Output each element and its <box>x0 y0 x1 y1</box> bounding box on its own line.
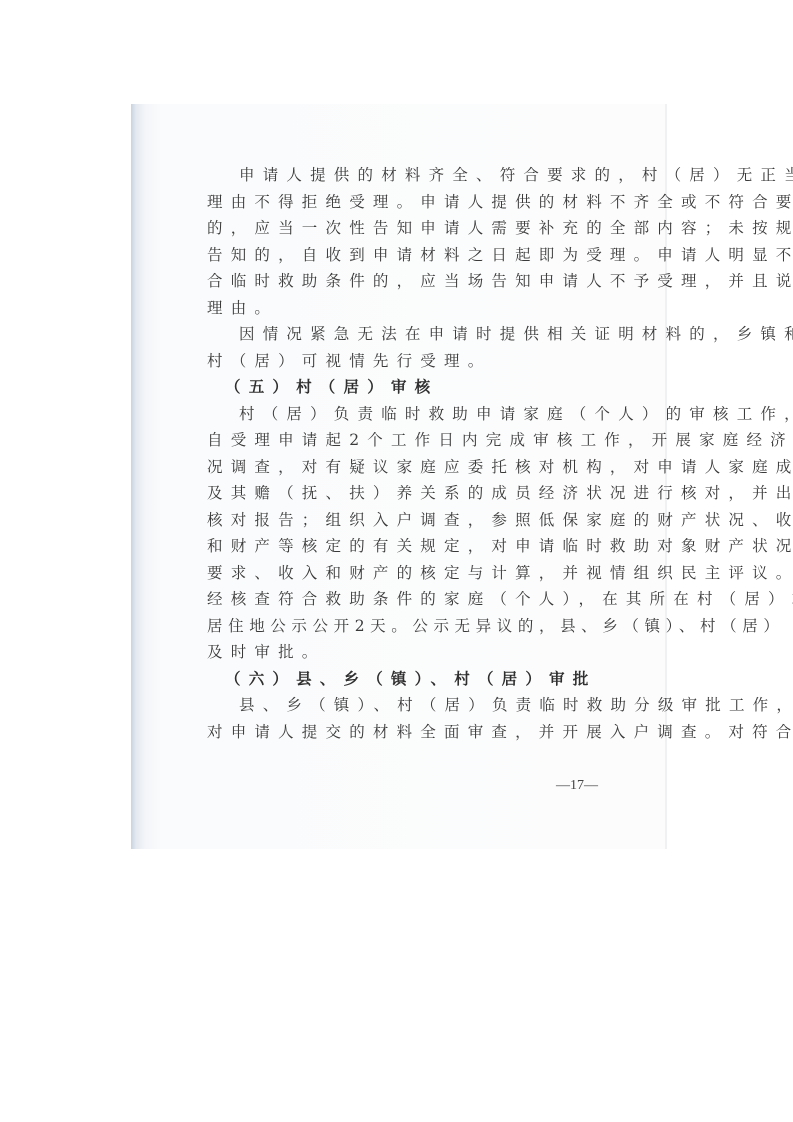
paragraph-line: 要求、收入和财产的核定与计算，并视情组织民主评议。对 <box>207 560 599 587</box>
paragraph-line: 及其赡（抚、扶）养关系的成员经济状况进行核对，并出具 <box>207 480 599 507</box>
paragraph-line: 自受理申请起2个工作日内完成审核工作，开展家庭经济状 <box>207 427 599 454</box>
paragraph-line: 申请人提供的材料齐全、符合要求的，村（居）无正当 <box>207 162 599 189</box>
section-heading-6: （六）县、乡（镇）、村（居）审批 <box>207 666 599 693</box>
paragraph-line: 理由。 <box>207 295 599 322</box>
document-body: 申请人提供的材料齐全、符合要求的，村（居）无正当 理由不得拒绝受理。申请人提供的… <box>207 162 599 745</box>
paragraph-line: 合临时救助条件的，应当场告知申请人不予受理，并且说明 <box>207 268 599 295</box>
paragraph-line: 居住地公示公开2天。公示无异议的，县、乡（镇）、村（居） <box>207 613 599 640</box>
paragraph-line: 因情况紧急无法在申请时提供相关证明材料的，乡镇和 <box>207 321 599 348</box>
section-heading-5: （五）村（居）审核 <box>207 374 599 401</box>
paragraph-line: 况调查，对有疑议家庭应委托核对机构，对申请人家庭成员 <box>207 454 599 481</box>
page-number: —17— <box>556 778 598 794</box>
paragraph-line: 理由不得拒绝受理。申请人提供的材料不齐全或不符合要求 <box>207 189 599 216</box>
paragraph-line: 村（居）负责临时救助申请家庭（个人）的审核工作， <box>207 401 599 428</box>
paragraph-line: 经核查符合救助条件的家庭（个人），在其所在村（居）或 <box>207 586 599 613</box>
paragraph-line: 对申请人提交的材料全面审查，并开展入户调查。对符合规 <box>207 719 599 746</box>
paragraph-line: 和财产等核定的有关规定，对申请临时救助对象财产状况的 <box>207 533 599 560</box>
paragraph-line: 村（居）可视情先行受理。 <box>207 348 599 375</box>
paragraph-line: 核对报告；组织入户调查，参照低保家庭的财产状况、收入 <box>207 507 599 534</box>
paragraph-line: 及时审批。 <box>207 639 599 666</box>
paragraph-line: 的，应当一次性告知申请人需要补充的全部内容；未按规定 <box>207 215 599 242</box>
paragraph-line: 告知的，自收到申请材料之日起即为受理。申请人明显不符 <box>207 242 599 269</box>
paragraph-line: 县、乡（镇）、村（居）负责临时救助分级审批工作， <box>207 692 599 719</box>
